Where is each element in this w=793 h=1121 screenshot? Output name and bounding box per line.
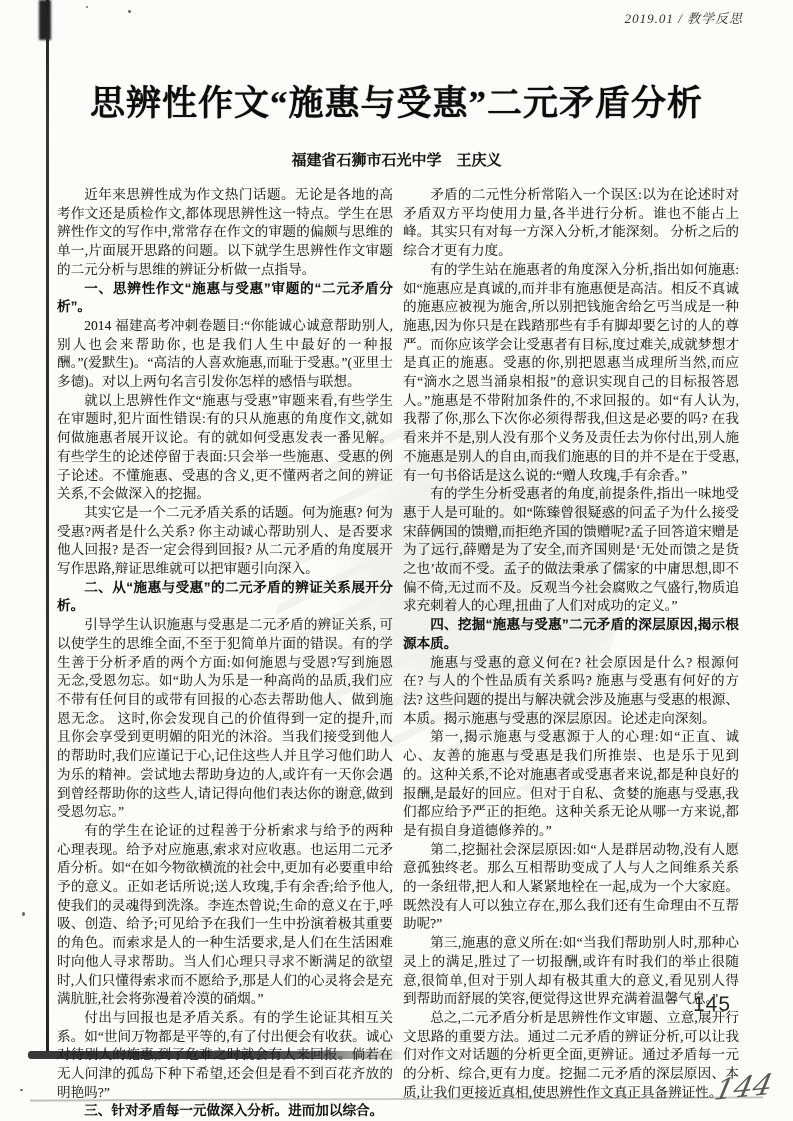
paragraph: 第三,施惠的意义所在:如“当我们帮助别人时,那种心灵上的满足,胜过了一切报酬,或… <box>403 934 739 1009</box>
article-title: 思辨性作文“施惠与受惠”二元矛盾分析 <box>0 76 793 126</box>
paragraph: 其实它是一个二元矛盾关系的话题。何为施惠? 何为受惠?两者是什么关系? 你主动诚… <box>57 504 393 579</box>
paragraph: 2014 福建高考冲刺卷题目:“你能诚心诚意帮助别人, 别人也会来帮助你, 也是… <box>57 317 393 392</box>
paragraph: 有的学生站在施惠者的角度深入分析,指出如何施惠:如“施惠应是真诚的,而并非有施惠… <box>403 261 739 485</box>
paragraph: 总之,二元矛盾分析是思辨性作文审题、立意,展开行文思路的重要方法。通过二元矛盾的… <box>403 1009 739 1103</box>
paragraph: 矛盾的二元性分析常陷入一个误区:以为在论述时对矛盾双方平均使用力量,各半进行分析… <box>403 186 739 261</box>
section-heading: 四、挖掘“施惠与受惠”二元矛盾的深层原因,揭示根源本质。 <box>403 616 739 653</box>
paragraph: 有的学生在论证的过程善于分析索求与给予的两种心理表现。给予对应施惠,索求对应收惠… <box>57 822 393 1009</box>
paragraph: 付出与回报也是矛盾关系。有的学生论证其相互关系。如“世间万物都是平等的,有了付出… <box>57 1009 393 1103</box>
journal-issue-label: 2019.01 / 教学反思 <box>625 8 743 27</box>
section-heading: 二、从“施惠与受惠”的二元矛盾的辨证关系展开分析。 <box>57 579 393 616</box>
scan-speck <box>22 912 25 916</box>
left-column: 近年来思辨性成为作文热门话题。无论是各地的高考作文还是质检作文,都体现思辨性这一… <box>57 186 393 1121</box>
scan-edge-smudge <box>39 0 51 40</box>
right-column: 矛盾的二元性分析常陷入一个误区:以为在论述时对矛盾双方平均使用力量,各半进行分析… <box>403 186 739 1121</box>
paragraph: 施惠与受惠的意义何在? 社会原因是什么? 根源何在? 与人的个性品质有关系吗? … <box>403 654 739 729</box>
paragraph: 引导学生认识施惠与受惠是二元矛盾的辨证关系, 可以使学生的思维全面,不至于犯简单… <box>57 616 393 822</box>
scan-speck <box>86 6 88 8</box>
paragraph: 近年来思辨性成为作文热门话题。无论是各地的高考作文还是质检作文,都体现思辨性这一… <box>57 186 393 280</box>
handwritten-page-number: 144 <box>711 1067 775 1107</box>
printed-page-number: 145 <box>693 993 731 1017</box>
paragraph: 第一,揭示施惠与受惠源于人的心理:如“正直、诚心、友善的施惠与受惠是我们所推崇、… <box>403 728 739 840</box>
paragraph: 有的学生分析受惠者的角度,前提条件,指出一味地受惠于人是可耻的。如“陈臻曾很疑惑… <box>403 485 739 616</box>
scanned-document-page: 2019.01 / 教学反思 思辨性作文“施惠与受惠”二元矛盾分析 福建省石狮市… <box>0 0 793 1121</box>
section-heading: 三、针对矛盾每一元做深入分析。进而加以综合。 <box>57 1102 393 1121</box>
scan-speck <box>20 1089 23 1091</box>
paragraph: 就以上思辨性作文“施惠与受惠”审题来看,有些学生在审题时,犯片面性错误:有的只从… <box>57 392 393 504</box>
author-affiliation: 福建省石狮市石光中学 王庆义 <box>0 149 793 170</box>
section-heading: 一、思辨性作文“施惠与受惠”审题的“二元矛盾分析”。 <box>57 280 393 317</box>
scan-speck <box>128 10 131 13</box>
article-body: 近年来思辨性成为作文热门话题。无论是各地的高考作文还是质检作文,都体现思辨性这一… <box>57 186 739 1121</box>
paragraph: 第二,挖掘社会深层原因:如“人是群居动物,没有人愿意孤独终老。那么互相帮助变成了… <box>403 841 739 935</box>
